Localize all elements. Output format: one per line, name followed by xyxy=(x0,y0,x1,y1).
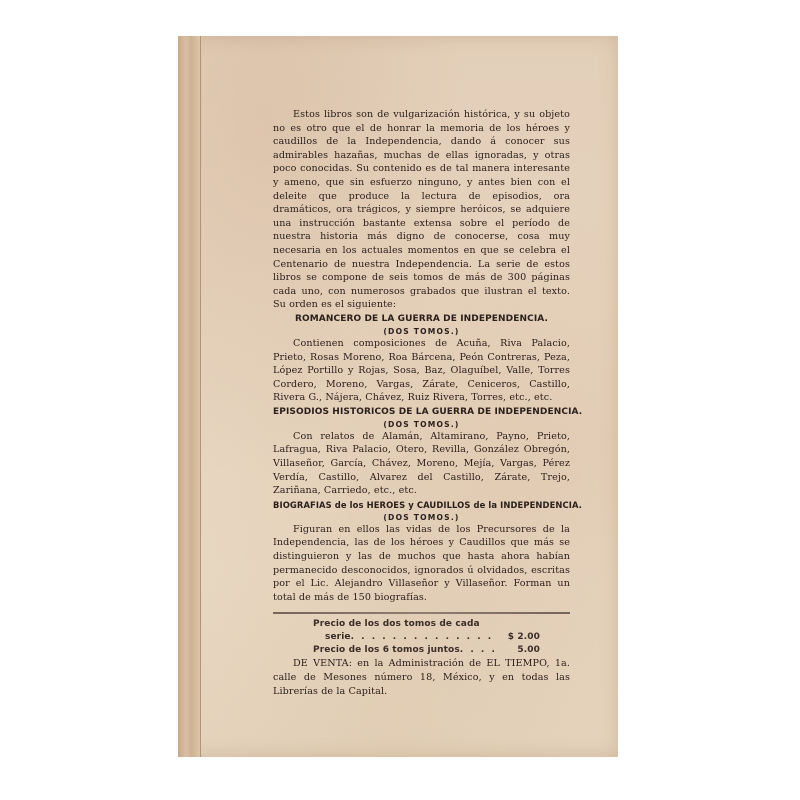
price-all-value: 5.00 xyxy=(494,644,570,657)
leader-dots: . . . . . . . . . . . . . . . . . . . . … xyxy=(460,644,494,657)
price-all-label: Precio de los 6 tomos juntos xyxy=(313,644,460,657)
price-line-3: Precio de los 6 tomos juntos . . . . . .… xyxy=(273,644,570,657)
page-content: Estos libros son de vulgarización histór… xyxy=(273,108,570,698)
leader-dots: . . . . . . . . . . . . . . . . . . . . … xyxy=(351,631,494,644)
price-line-2: serie . . . . . . . . . . . . . . . . . … xyxy=(273,631,570,644)
price-series-value: $ 2.00 xyxy=(494,631,570,644)
document-page: Estos libros son de vulgarización histór… xyxy=(178,36,618,757)
sales-paragraph: DE VENTA: en la Administración de EL TIE… xyxy=(273,657,570,698)
section-volumes-biografias: (DOS TOMOS.) xyxy=(273,512,570,523)
intro-paragraph: Estos libros son de vulgarización histór… xyxy=(273,108,570,312)
page-spine xyxy=(178,36,201,757)
section-title-romancero: ROMANCERO DE LA GUERRA DE INDEPENDENCIA. xyxy=(273,313,570,326)
section-body-biografias: Figuran en ellos las vidas de los Precur… xyxy=(273,523,570,605)
price-line-1: Precio de los dos tomos de cada xyxy=(273,618,570,631)
section-volumes-episodios: (DOS TOMOS.) xyxy=(273,419,570,430)
section-body-episodios: Con relatos de Alamán, Altamirano, Payno… xyxy=(273,430,570,498)
section-body-romancero: Contienen composiciones de Acuña, Riva P… xyxy=(273,337,570,405)
price-series-word: serie xyxy=(325,631,351,644)
section-title-episodios: EPISODIOS HISTORICOS DE LA GUERRA DE IND… xyxy=(273,406,570,419)
price-block: Precio de los dos tomos de cada serie . … xyxy=(273,618,570,657)
divider-rule xyxy=(273,612,570,614)
price-series-label: Precio de los dos tomos de cada xyxy=(313,618,480,631)
section-volumes-romancero: (DOS TOMOS.) xyxy=(273,326,570,337)
section-title-biografias: BIOGRAFIAS de los HEROES y CAUDILLOS de … xyxy=(273,499,570,512)
